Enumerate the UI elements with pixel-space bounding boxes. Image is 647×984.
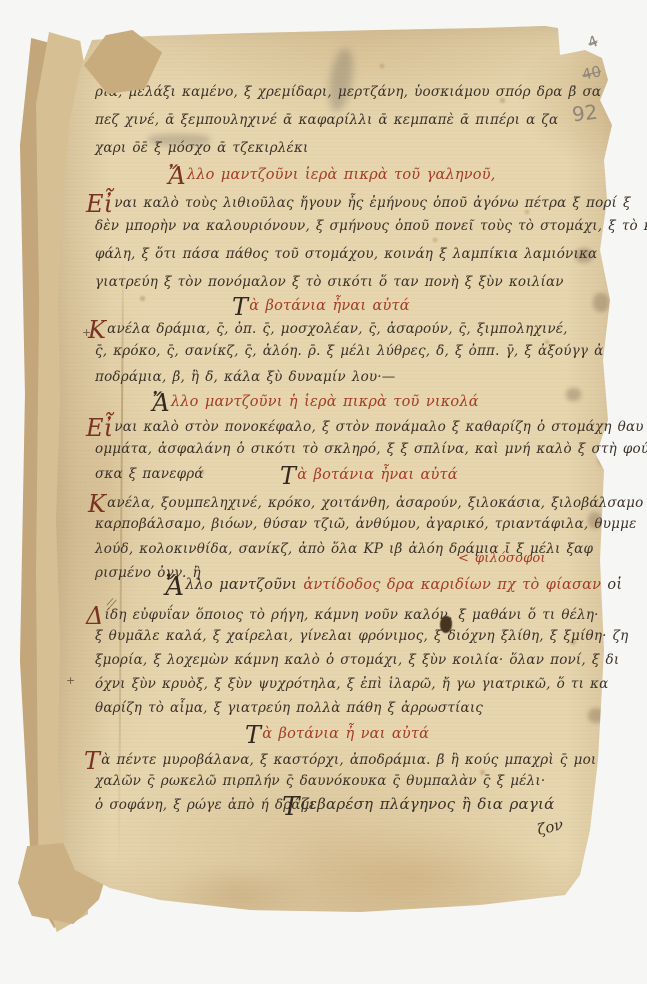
heading-antidotos: Ἄλλο μαντζοῦνι ἀντίδοδος δρα καριδίων πχ… — [165, 572, 622, 603]
drop-initial: Ἄ — [168, 162, 186, 190]
text-line: ομμάτα, ἀσφαλάνη ὁ σικότι τὸ σκληρό, ξ ξ… — [95, 441, 647, 457]
heading-text-red: ἀντίδοδος δρα καριδίων πχ τὸ φίασαν — [303, 577, 607, 593]
text-line: Κανέλα δράμια, ς̄, ὀπ. ς̄, μοσχολέαν, ς̄… — [88, 316, 568, 345]
drop-initial: Τ — [245, 721, 261, 749]
heading-text: ζεβαρέση πλάγηνος ἢ δια ραγιά — [301, 795, 555, 813]
drop-initial: Εἶ — [86, 190, 113, 218]
drop-initial: Τ — [84, 747, 100, 775]
line-text: ανέλα, ξουμπεληχινέ, κρόκο, χοιτάνθη, ἀσ… — [107, 495, 643, 511]
drop-initial: Τ — [280, 462, 296, 490]
heading-text: ὰ βοτάνια ἦναι αὐτά — [297, 467, 458, 483]
drop-initial: Ἄ — [152, 389, 170, 417]
heading-text: ὰ βοτάνια ἦναι αὐτά — [249, 298, 410, 314]
line-text: ανέλα δράμια, ς̄, ὀπ. ς̄, μοσχολέαν, ς̄,… — [107, 321, 568, 337]
text-line: καρποβάλσαμο, βιόων, θύσαν τζιῶ, ἀνθύμου… — [95, 516, 637, 532]
margin-cross: + — [66, 674, 75, 687]
text-line: ς̄, κρόκο, ς̄, σανίκζ, ς̄, ἀλόη. ρ̄. ξ μ… — [95, 343, 604, 359]
line-text: ίδη εὐφυΐαν ὅποιος τὸ ρήγη, κάμνη νοῦν κ… — [105, 607, 599, 623]
text-line: ποδράμια, β̄, ἢ δ̄, κάλα ξὺ δυναμίν λου·… — [95, 369, 396, 385]
heading-tzevarese: Τζεβαρέση πλάγηνος ἢ δια ραγιά — [282, 792, 554, 823]
text-line: Εἶναι καλὸ στὸν πονοκέφαλο, ξ στὸν πονάμ… — [86, 414, 644, 443]
heading-text-black: οἱ — [607, 577, 622, 593]
heading-text-black: λλο μαντζοῦνι — [185, 577, 303, 593]
crossed-numeral-pencil: 40 — [580, 62, 602, 84]
text-line: πεζ χινέ, ᾱ ξεμπουληχινέ ᾱ καφαρίλλι ᾱ κ… — [95, 112, 558, 128]
drop-initial: Δ — [86, 602, 104, 630]
text-line: Εἶναι καλὸ τοὺς λιθιοῦλας ἤγουν ἧς ἐμήνο… — [86, 190, 631, 219]
manuscript-scan: 4 40 92 ρια, μελάξι καμένο, ξ χρεμίδαρι,… — [0, 0, 647, 984]
text-line: ρια, μελάξι καμένο, ξ χρεμίδαρι, μερτζάν… — [95, 84, 601, 100]
heading-text: λλο μαντζοῦνι ἱερὰ πικρὰ τοῦ γαληνοῦ, — [187, 167, 496, 183]
note-text: φιλόσοφοι — [475, 551, 546, 566]
red-marginal-note: < φιλόσοφοι — [458, 551, 546, 567]
line-text: ὰ πέντε μυροβάλανα, ξ καστόρχι, ἀποδράμι… — [101, 752, 596, 768]
pointer-mark: < — [458, 551, 469, 566]
text-line: γιατρεύη ξ τὸν πονόμαλον ξ τὸ σικότι ὅ τ… — [95, 274, 564, 290]
line-text: ναι καλὸ στὸν πονοκέφαλο, ξ στὸν πονάμαλ… — [114, 419, 643, 435]
heading-hiera-galen: Ἄλλο μαντζοῦνι ἱερὰ πικρὰ τοῦ γαληνοῦ, — [168, 162, 496, 191]
text-line: Κανέλα, ξουμπεληχινέ, κρόκο, χοιτάνθη, ἀ… — [88, 490, 643, 519]
drop-initial: Κ — [88, 490, 106, 518]
text-line: Δίδη εὐφυΐαν ὅποιος τὸ ρήγη, κάμνη νοῦν … — [86, 602, 599, 631]
text-layer: 4 40 92 ρια, μελάξι καμένο, ξ χρεμίδαρι,… — [0, 0, 647, 984]
text-line: χαρι ο̄ε̄ ξ μόσχο ᾱ τζεκιρλέκι — [95, 140, 309, 156]
text-line: δὲν μπορὴν να καλουριόνουν, ξ σμήνους ὁπ… — [95, 218, 647, 234]
drop-initial: Τ — [282, 792, 300, 822]
heading-botania-3: Τὰ βοτάνια ἦ ναι αὐτά — [245, 721, 429, 750]
text-line: χαλῶν ς̄ ρωκελῶ πιρπλήν ς̄ δαυνόκουκα ς̄… — [95, 773, 545, 789]
page-number-pencil: 92 — [571, 100, 599, 127]
drop-initial: Εἶ — [86, 414, 113, 442]
text-line: φάλη, ξ ὅτι πάσα πάθος τοῦ στομάχου, κοι… — [95, 246, 597, 262]
margin-cross: + — [82, 326, 91, 339]
text-line: σκα ξ πανεφρά — [95, 466, 204, 482]
text-line: ξ θυμᾶλε καλά, ξ χαίρελαι, γίνελαι φρόνι… — [95, 628, 628, 644]
text-line: όχνι ξὺν κρυὸξ, ξ ξὺν ψυχρότηλα, ξ ἐπὶ ἱ… — [95, 676, 608, 692]
drop-initial: Ἄ — [165, 572, 184, 602]
heading-botania-2: Τὰ βοτάνια ἦναι αὐτά — [280, 462, 458, 491]
corner-numeral-pencil: 4 — [585, 32, 600, 52]
heading-text: ὰ βοτάνια ἦ ναι αὐτά — [262, 726, 429, 742]
text-line: ξμορία, ξ λοχεμὼν κάμνη καλὸ ὁ στομάχι, … — [95, 652, 619, 668]
text-line: Τὰ πέντε μυροβάλανα, ξ καστόρχι, ἀποδράμ… — [84, 747, 596, 776]
line-text: ναι καλὸ τοὺς λιθιοῦλας ἤγουν ἧς ἐμήνους… — [114, 195, 630, 211]
text-line: θαρίζη τὸ αἷμα, ξ γιατρεύη πολλὰ πάθη ξ … — [95, 700, 483, 716]
heading-text: λλο μαντζοῦνι ἡ ἱερὰ πικρὰ τοῦ νικολά — [171, 394, 479, 410]
